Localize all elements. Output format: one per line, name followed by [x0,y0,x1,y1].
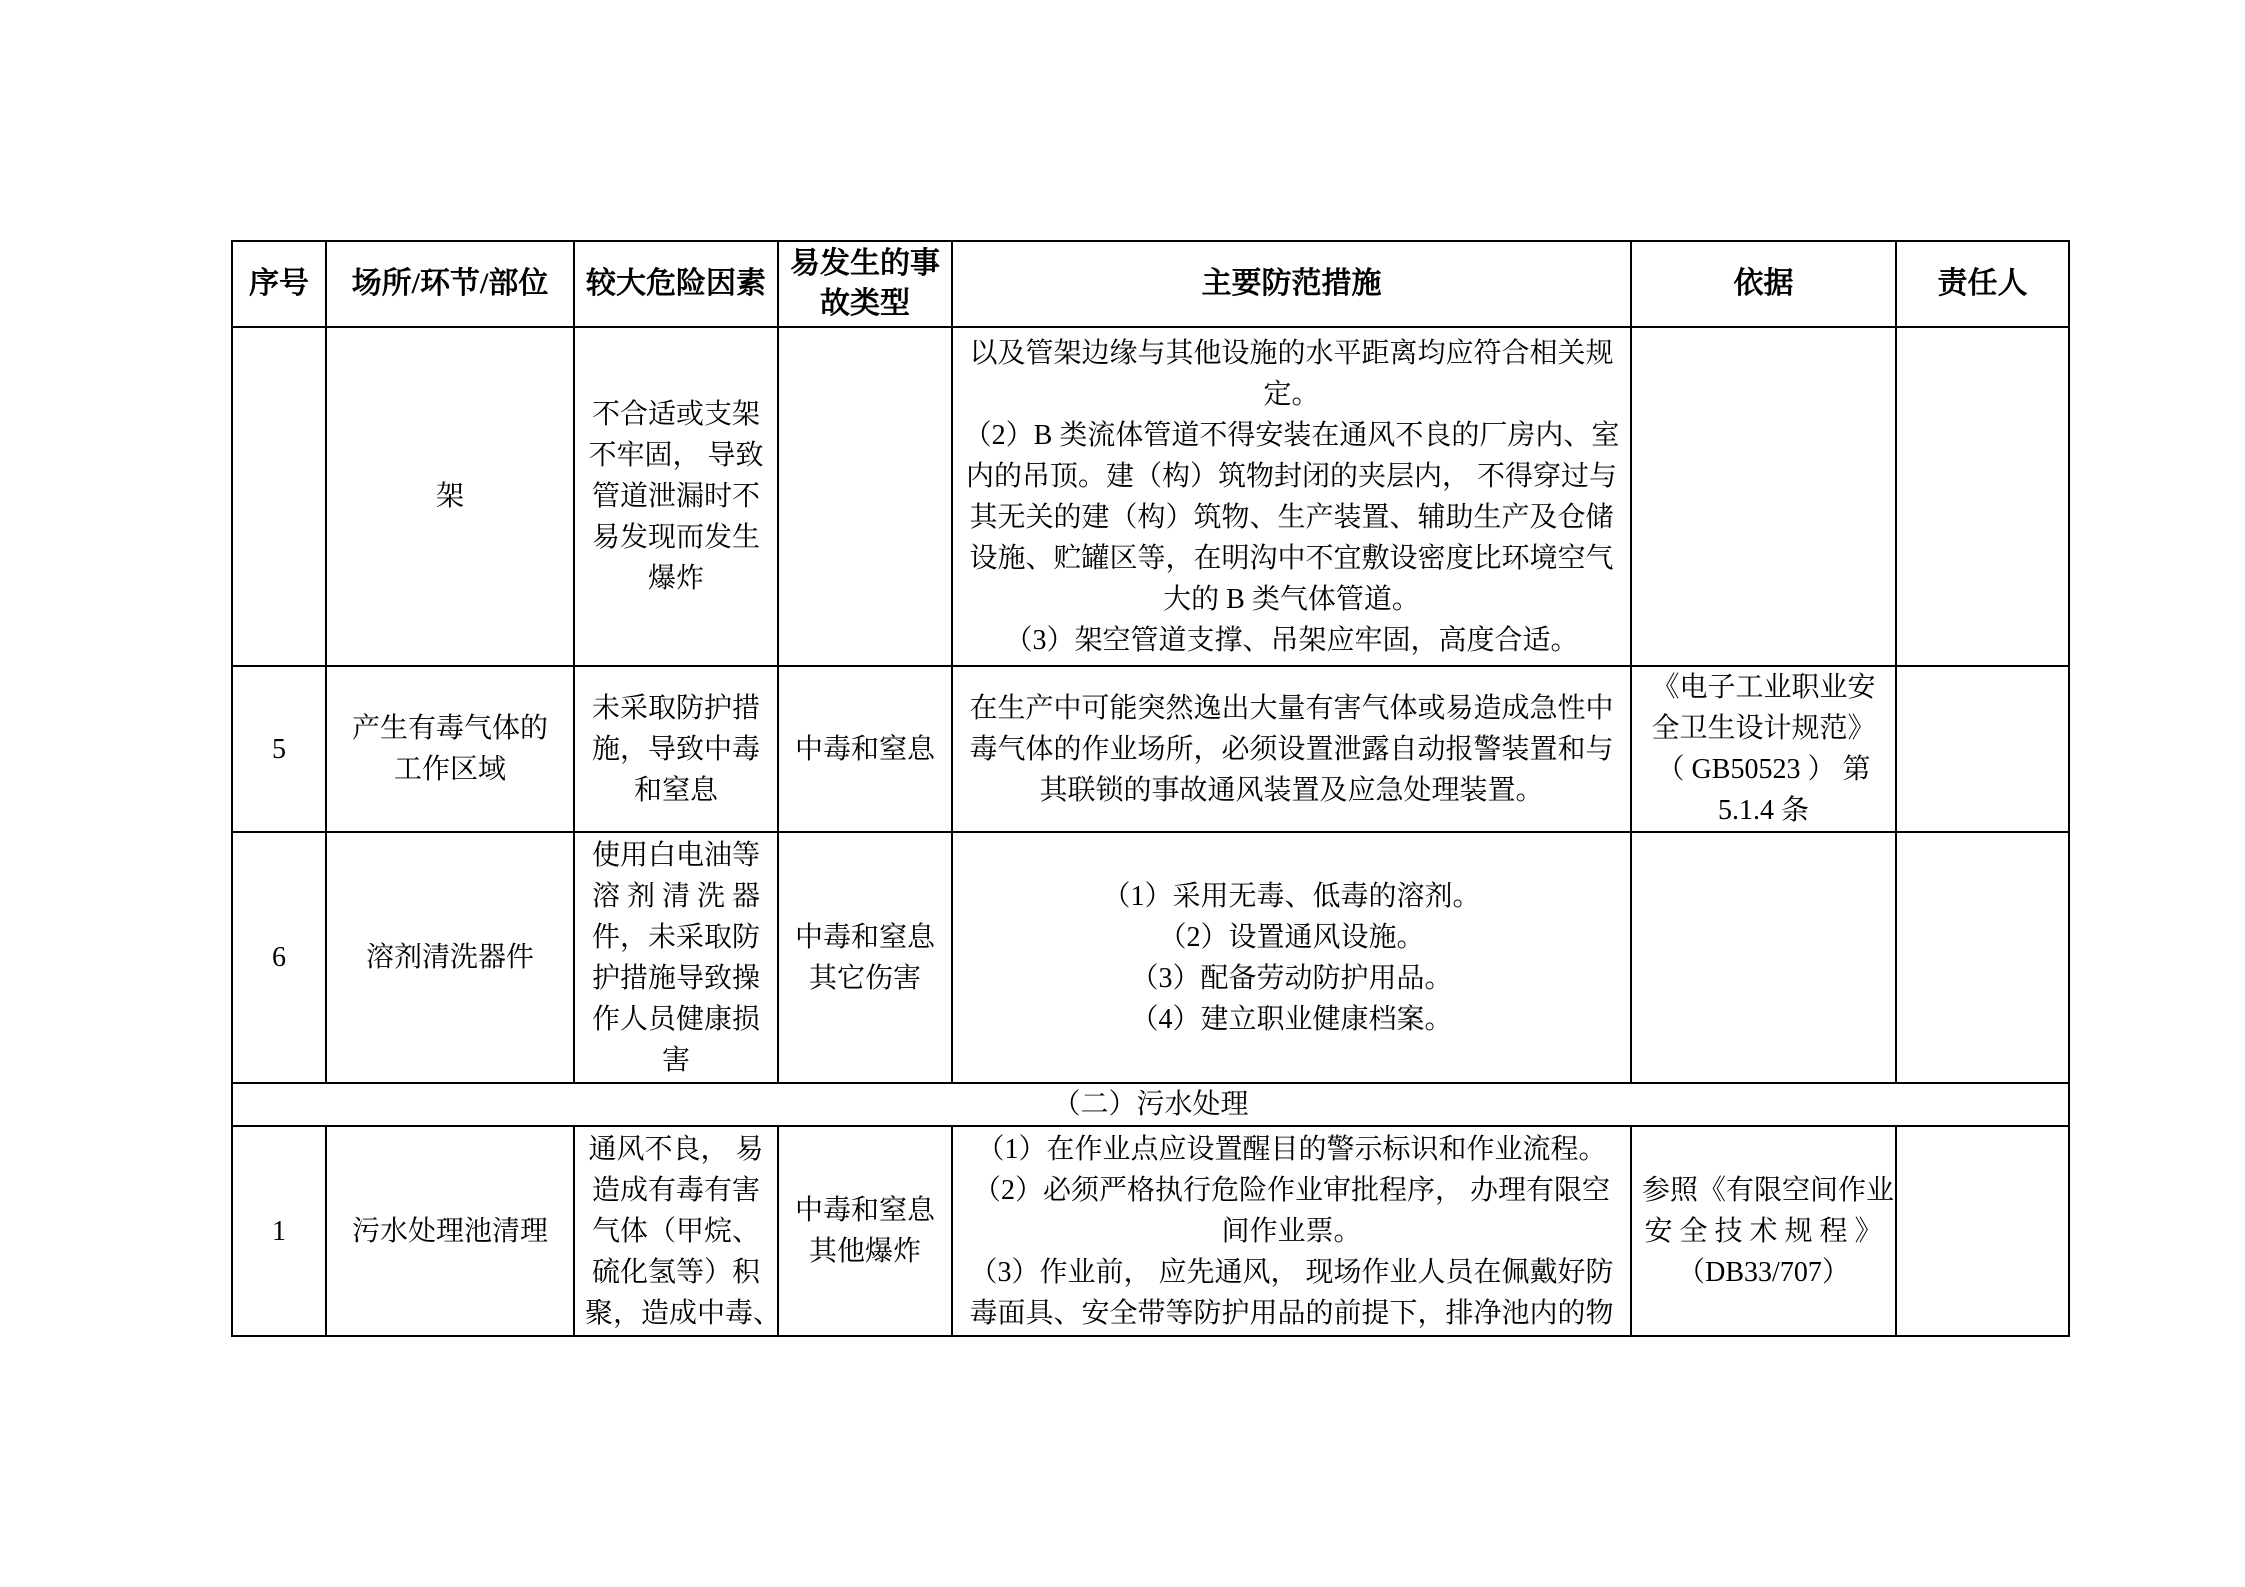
row-toxic-gas-area: 5 产生有毒气体的 工作区域 未采取防护措 施，导致中毒 和窒息 中毒和窒息 在… [232,666,2069,832]
cell-accident-type: 中毒和窒息 其它伤害 [778,832,952,1083]
cell-location: 产生有毒气体的 工作区域 [326,666,574,832]
cell-hazard: 未采取防护措 施，导致中毒 和窒息 [574,666,778,832]
cell-responsible [1896,832,2069,1083]
header-measures: 主要防范措施 [952,241,1631,327]
cell-responsible [1896,666,2069,832]
header-responsible: 责任人 [1896,241,2069,327]
cell-measures: 在生产中可能突然逸出大量有害气体或易造成急性中 毒气体的作业场所，必须设置泄露自… [952,666,1631,832]
cell-seq: 1 [232,1126,326,1336]
header-seq: 序号 [232,241,326,327]
header-row: 序号 场所/环节/部位 较大危险因素 易发生的事 故类型 主要防范措施 依据 责… [232,241,2069,327]
cell-responsible [1896,1126,2069,1336]
header-accident-type: 易发生的事 故类型 [778,241,952,327]
cell-responsible [1896,327,2069,666]
section-label: （二）污水处理 [232,1083,2069,1126]
cell-accident-type: 中毒和窒息 其他爆炸 [778,1126,952,1336]
cell-location: 架 [326,327,574,666]
cell-basis: 《电子工业职业安 全卫生设计规范》 （ GB50523 ） 第 5.1.4 条 [1631,666,1896,832]
row-sewage-pool-cleaning: 1 污水处理池清理 通风不良， 易 造成有毒有害 气体（甲烷、 硫化氢等）积 聚… [232,1126,2069,1336]
header-basis: 依据 [1631,241,1896,327]
cell-seq [232,327,326,666]
cell-accident-type: 中毒和窒息 [778,666,952,832]
cell-seq: 5 [232,666,326,832]
cell-basis: 参照《有限空间作业 安 全 技 术 规 程 》 （DB33/707） [1631,1126,1896,1336]
header-hazard: 较大危险因素 [574,241,778,327]
cell-basis [1631,832,1896,1083]
section-row-sewage-treatment: （二）污水处理 [232,1083,2069,1126]
cell-seq: 6 [232,832,326,1083]
cell-location: 污水处理池清理 [326,1126,574,1336]
page: 序号 场所/环节/部位 较大危险因素 易发生的事 故类型 主要防范措施 依据 责… [0,0,2245,1587]
cell-accident-type [778,327,952,666]
cell-hazard: 通风不良， 易 造成有毒有害 气体（甲烷、 硫化氢等）积 聚，造成中毒、 [574,1126,778,1336]
cell-measures: （1）在作业点应设置醒目的警示标识和作业流程。 （2）必须严格执行危险作业审批程… [952,1126,1631,1336]
row-pipe-rack-continuation: 架 不合适或支架 不牢固， 导致 管道泄漏时不 易发现而发生 爆炸 以及管架边缘… [232,327,2069,666]
cell-measures: 以及管架边缘与其他设施的水平距离均应符合相关规 定。 （2）B 类流体管道不得安… [952,327,1631,666]
header-location: 场所/环节/部位 [326,241,574,327]
hazard-risk-table: 序号 场所/环节/部位 较大危险因素 易发生的事 故类型 主要防范措施 依据 责… [231,240,2070,1337]
cell-hazard: 不合适或支架 不牢固， 导致 管道泄漏时不 易发现而发生 爆炸 [574,327,778,666]
cell-basis [1631,327,1896,666]
cell-measures: （1）采用无毒、低毒的溶剂。 （2）设置通风设施。 （3）配备劳动防护用品。 （… [952,832,1631,1083]
cell-hazard: 使用白电油等 溶 剂 清 洗 器 件，未采取防 护措施导致操 作人员健康损 害 [574,832,778,1083]
cell-location: 溶剂清洗器件 [326,832,574,1083]
row-solvent-cleaning: 6 溶剂清洗器件 使用白电油等 溶 剂 清 洗 器 件，未采取防 护措施导致操 … [232,832,2069,1083]
